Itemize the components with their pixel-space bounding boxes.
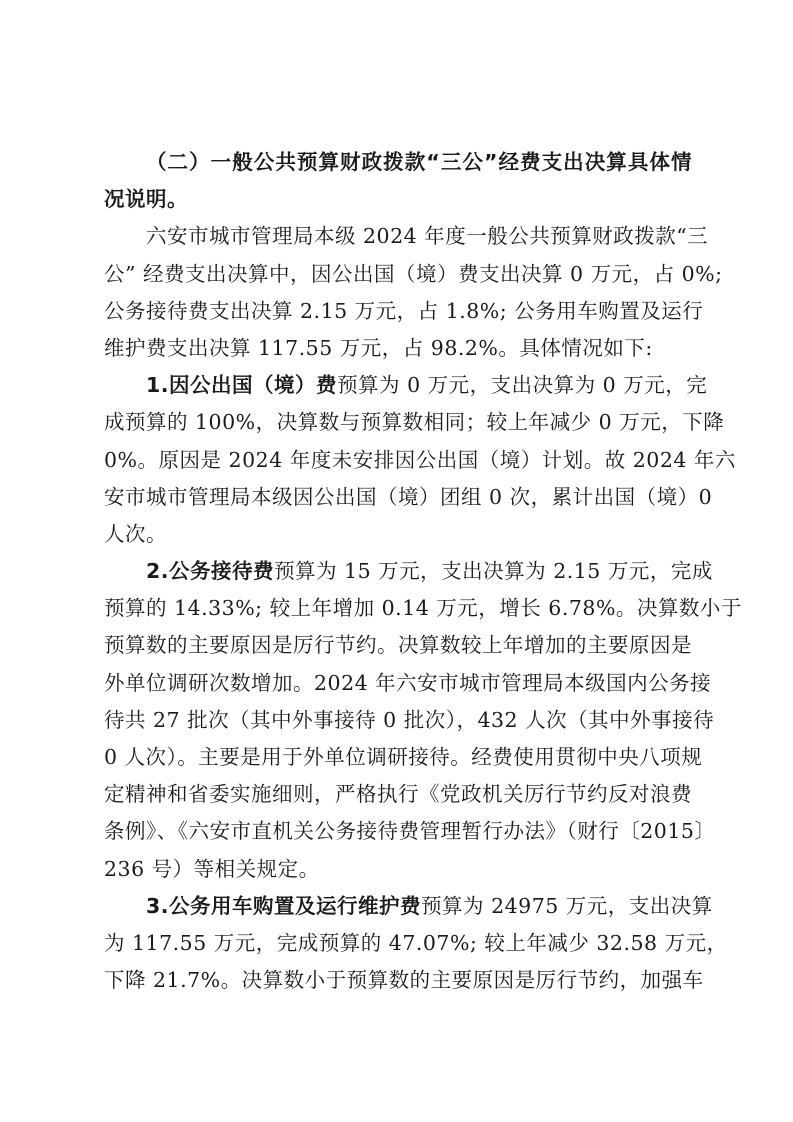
- item-2-line: 236 号）等相关规定。: [104, 851, 692, 888]
- intro-line: 公务接待费支出决算 2.15 万元，占 1.8%; 公务用车购置及运行: [104, 293, 692, 330]
- section-heading-line-2: 况说明。: [104, 181, 692, 218]
- item-2-line: 预算的 14.33%; 较上年增加 0.14 万元，增长 6.78%。决算数小于: [104, 590, 692, 627]
- intro-line: 维护费支出决算 117.55 万元，占 98.2%。具体情况如下:: [104, 330, 692, 367]
- item-3-title: 3.公务用车购置及运行维护费: [146, 894, 421, 918]
- item-3-line: 下降 21.7%。决算数小于预算数的主要原因是厉行节约，加强车: [104, 962, 692, 999]
- item-2-line: 外单位调研次数增加。2024 年六安市城市管理局本级国内公务接: [104, 665, 692, 702]
- item-3-first-line: 3.公务用车购置及运行维护费预算为 24975 万元，支出决算: [104, 888, 692, 925]
- item-2-line: 待共 27 批次（其中外事接待 0 批次），432 人次（其中外事接待: [104, 702, 692, 739]
- intro-line: 六安市城市管理局本级 2024 年度一般公共预算财政拨款“三: [104, 218, 692, 255]
- item-2-line: 预算数的主要原因是厉行节约。决算数较上年增加的主要原因是: [104, 627, 692, 664]
- item-2-line: 条例》、《六安市直机关公务接待费管理暂行办法》（财行〔2015〕: [104, 813, 692, 850]
- item-1-first-line: 1.因公出国（境）费预算为 0 万元，支出决算为 0 万元，完: [104, 367, 692, 404]
- item-2-title: 2.公务接待费: [146, 559, 274, 583]
- item-2-paragraph: 2.公务接待费预算为 15 万元，支出决算为 2.15 万元，完成 预算的 14…: [104, 553, 692, 888]
- item-3-text: 预算为 24975 万元，支出决算: [421, 894, 713, 918]
- intro-paragraph: 六安市城市管理局本级 2024 年度一般公共预算财政拨款“三 公” 经费支出决算…: [104, 218, 692, 367]
- item-1-text: 预算为 0 万元，支出决算为 0 万元，完: [337, 373, 707, 397]
- item-1-line: 人次。: [104, 516, 692, 553]
- document-page: （二）一般公共预算财政拨款“三公”经费支出决算具体情 况说明。 六安市城市管理局…: [104, 144, 692, 999]
- item-1-paragraph: 1.因公出国（境）费预算为 0 万元，支出决算为 0 万元，完 成预算的 100…: [104, 367, 692, 553]
- item-3-paragraph: 3.公务用车购置及运行维护费预算为 24975 万元，支出决算 为 117.55…: [104, 888, 692, 1000]
- intro-line: 公” 经费支出决算中，因公出国（境）费支出决算 0 万元，占 0%;: [104, 256, 692, 293]
- item-1-line: 0%。原因是 2024 年度未安排因公出国（境）计划。故 2024 年六: [104, 442, 692, 479]
- item-1-line: 安市城市管理局本级因公出国（境）团组 0 次，累计出国（境）0: [104, 479, 692, 516]
- item-3-line: 为 117.55 万元，完成预算的 47.07%; 较上年减少 32.58 万元…: [104, 925, 692, 962]
- item-2-text: 预算为 15 万元，支出决算为 2.15 万元，完成: [274, 559, 713, 583]
- item-2-line: 0 人次）。主要是用于外单位调研接待。经费使用贯彻中央八项规: [104, 739, 692, 776]
- section-heading-line-1: （二）一般公共预算财政拨款“三公”经费支出决算具体情: [104, 144, 692, 181]
- item-2-first-line: 2.公务接待费预算为 15 万元，支出决算为 2.15 万元，完成: [104, 553, 692, 590]
- item-1-line: 成预算的 100%，决算数与预算数相同；较上年减少 0 万元，下降: [104, 404, 692, 441]
- item-2-line: 定精神和省委实施细则，严格执行《党政机关厉行节约反对浪费: [104, 776, 692, 813]
- item-1-title: 1.因公出国（境）费: [146, 373, 337, 397]
